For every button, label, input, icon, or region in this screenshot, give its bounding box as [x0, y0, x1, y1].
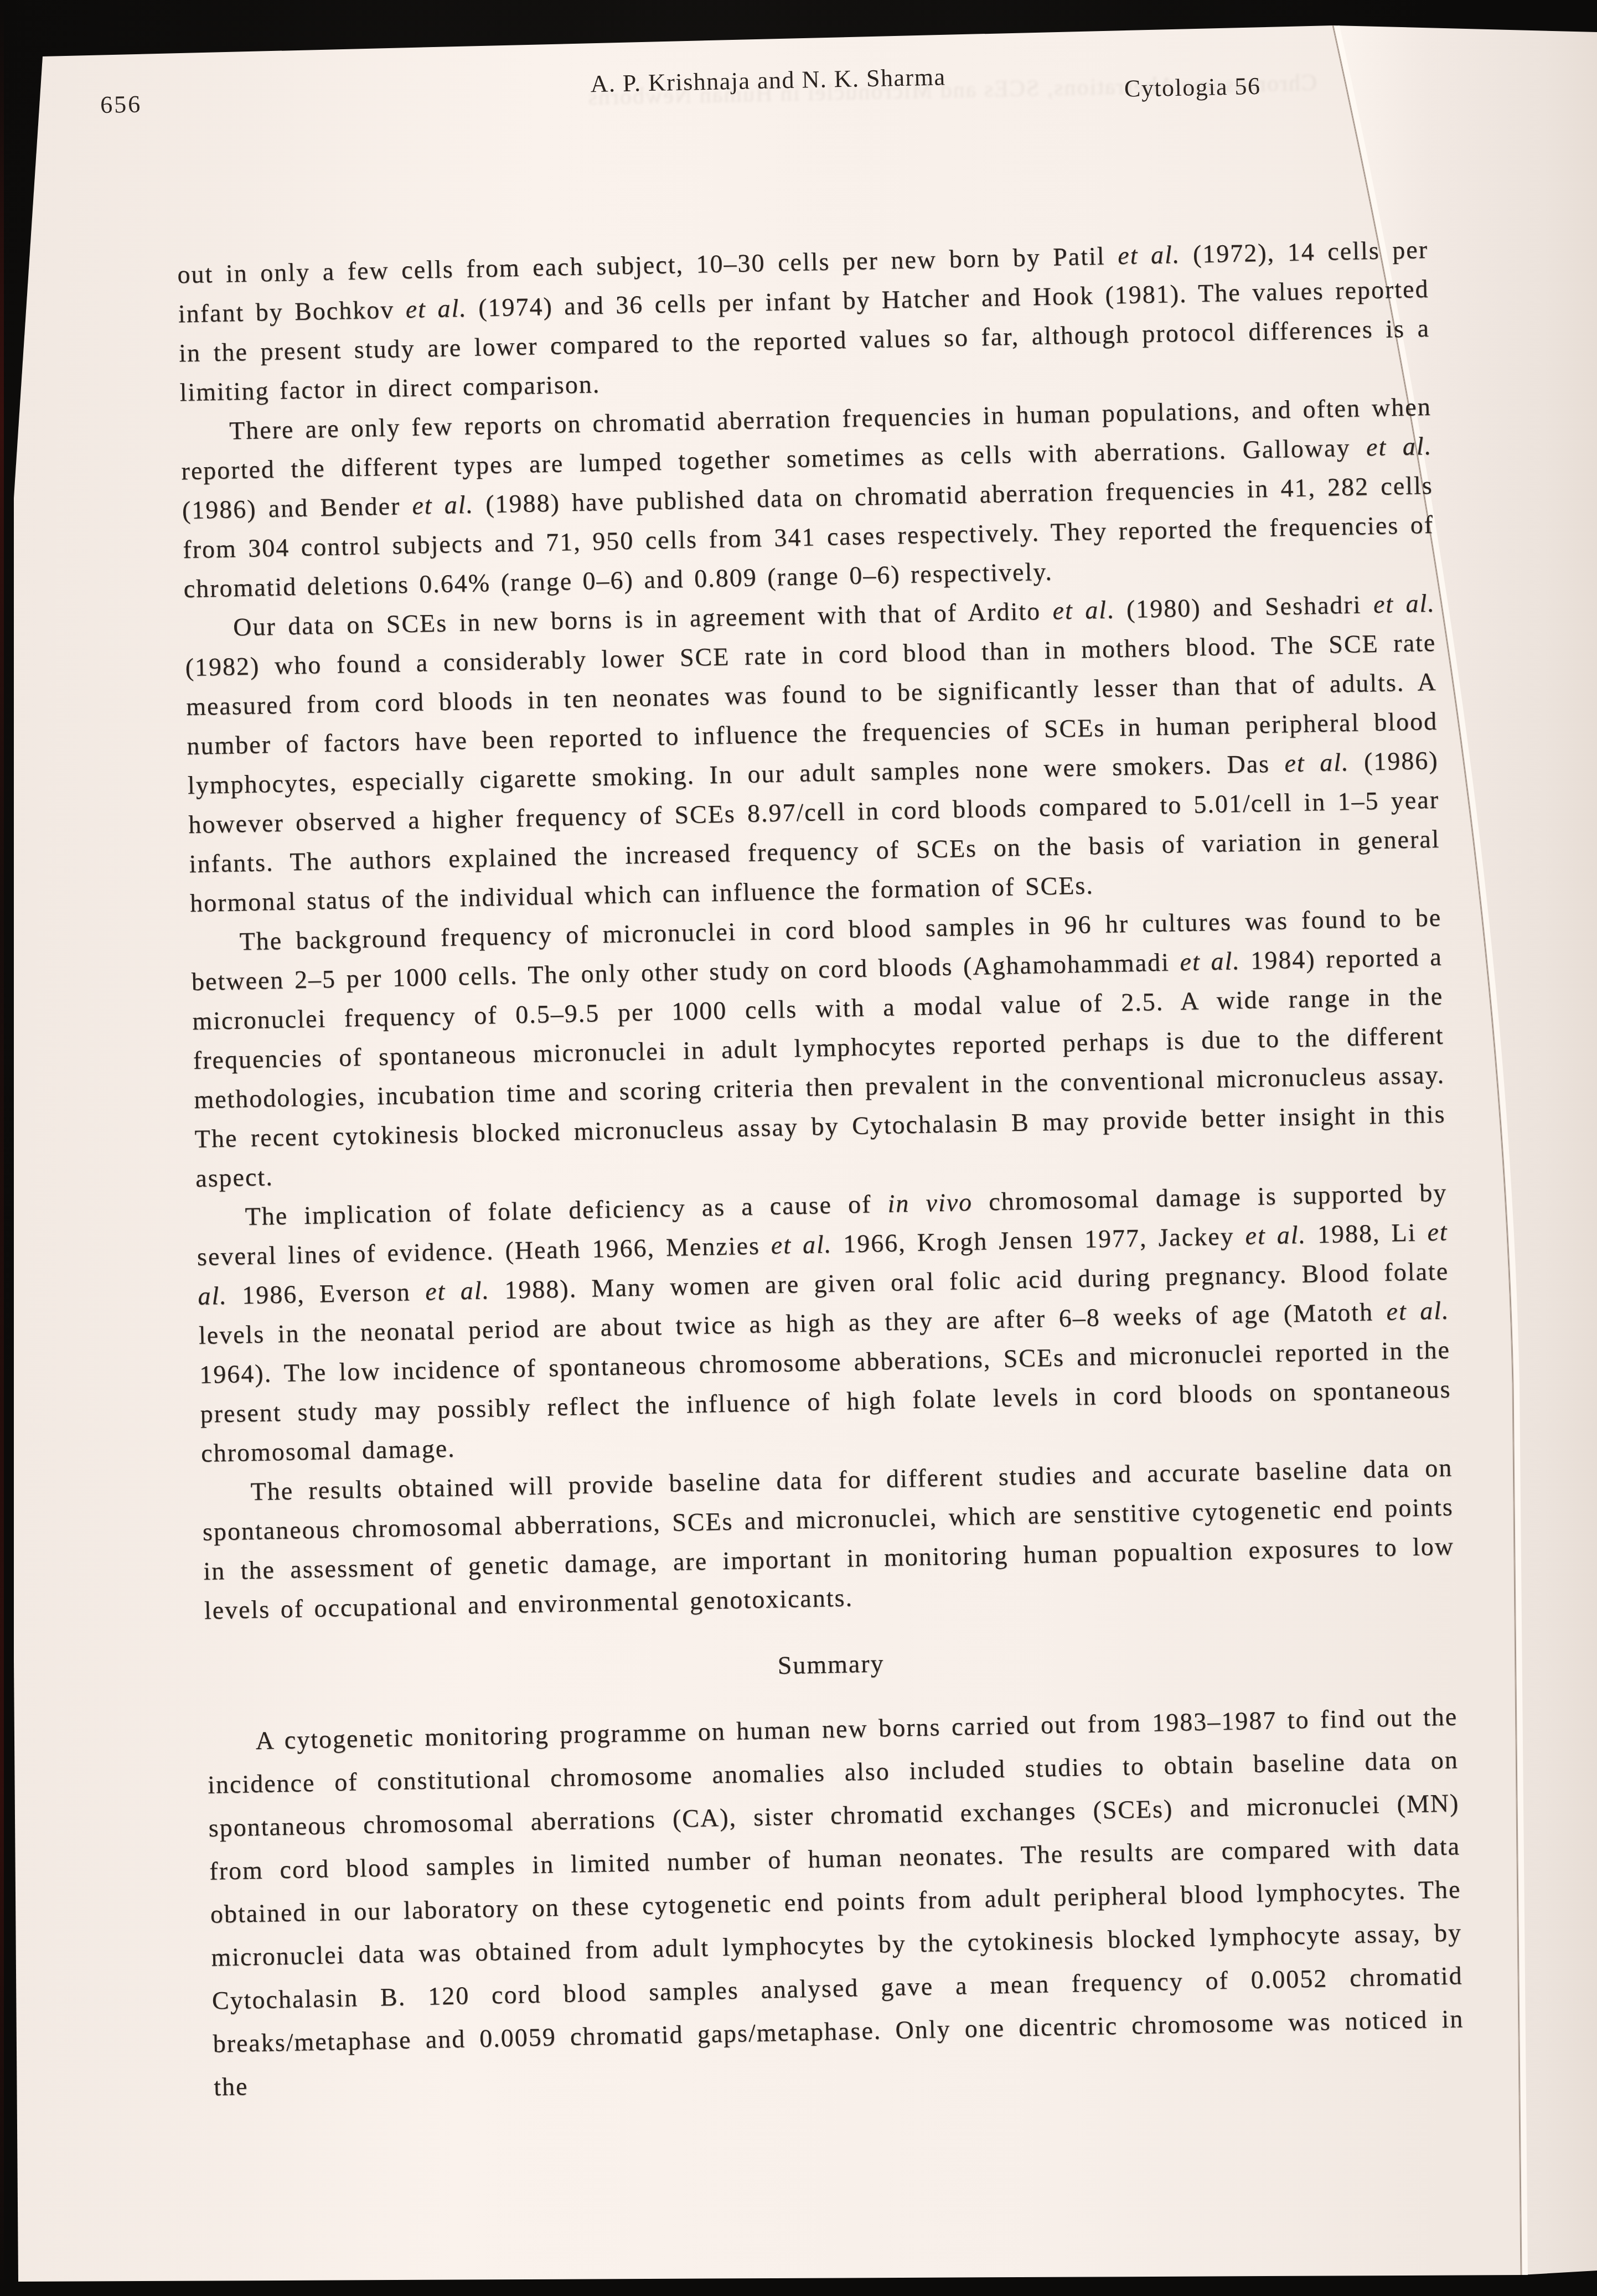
summary-heading: Summary — [205, 1637, 1457, 1691]
paragraph: The background frequency of micronuclei … — [190, 898, 1447, 1198]
paragraph: The results obtained will provide baseli… — [201, 1447, 1455, 1630]
journal-name: Cytologia 56 — [1124, 72, 1262, 103]
scanned-book-photo: { "header": { "page_number": "656", "run… — [0, 0, 1597, 2296]
paragraph: The implication of folate deficiency as … — [196, 1173, 1453, 1473]
paragraph: There are only few reports on chromatid … — [180, 387, 1435, 608]
paragraph: out in only a few cells from each subjec… — [177, 230, 1431, 412]
summary-paragraphs: A cytogenetic monitoring programme on hu… — [206, 1695, 1465, 2108]
body-paragraphs: out in only a few cells from each subjec… — [177, 230, 1455, 1630]
paragraph: Our data on SCEs in new borns is in agre… — [184, 583, 1441, 923]
paragraph: A cytogenetic monitoring programme on hu… — [206, 1695, 1465, 2108]
printed-text-layer: Chromosome Aberrations, SCEs and Micronu… — [99, 44, 1467, 2110]
page-number: 656 — [100, 90, 142, 118]
running-title: A. P. Krishnaja and N. K. Sharma — [590, 63, 946, 98]
